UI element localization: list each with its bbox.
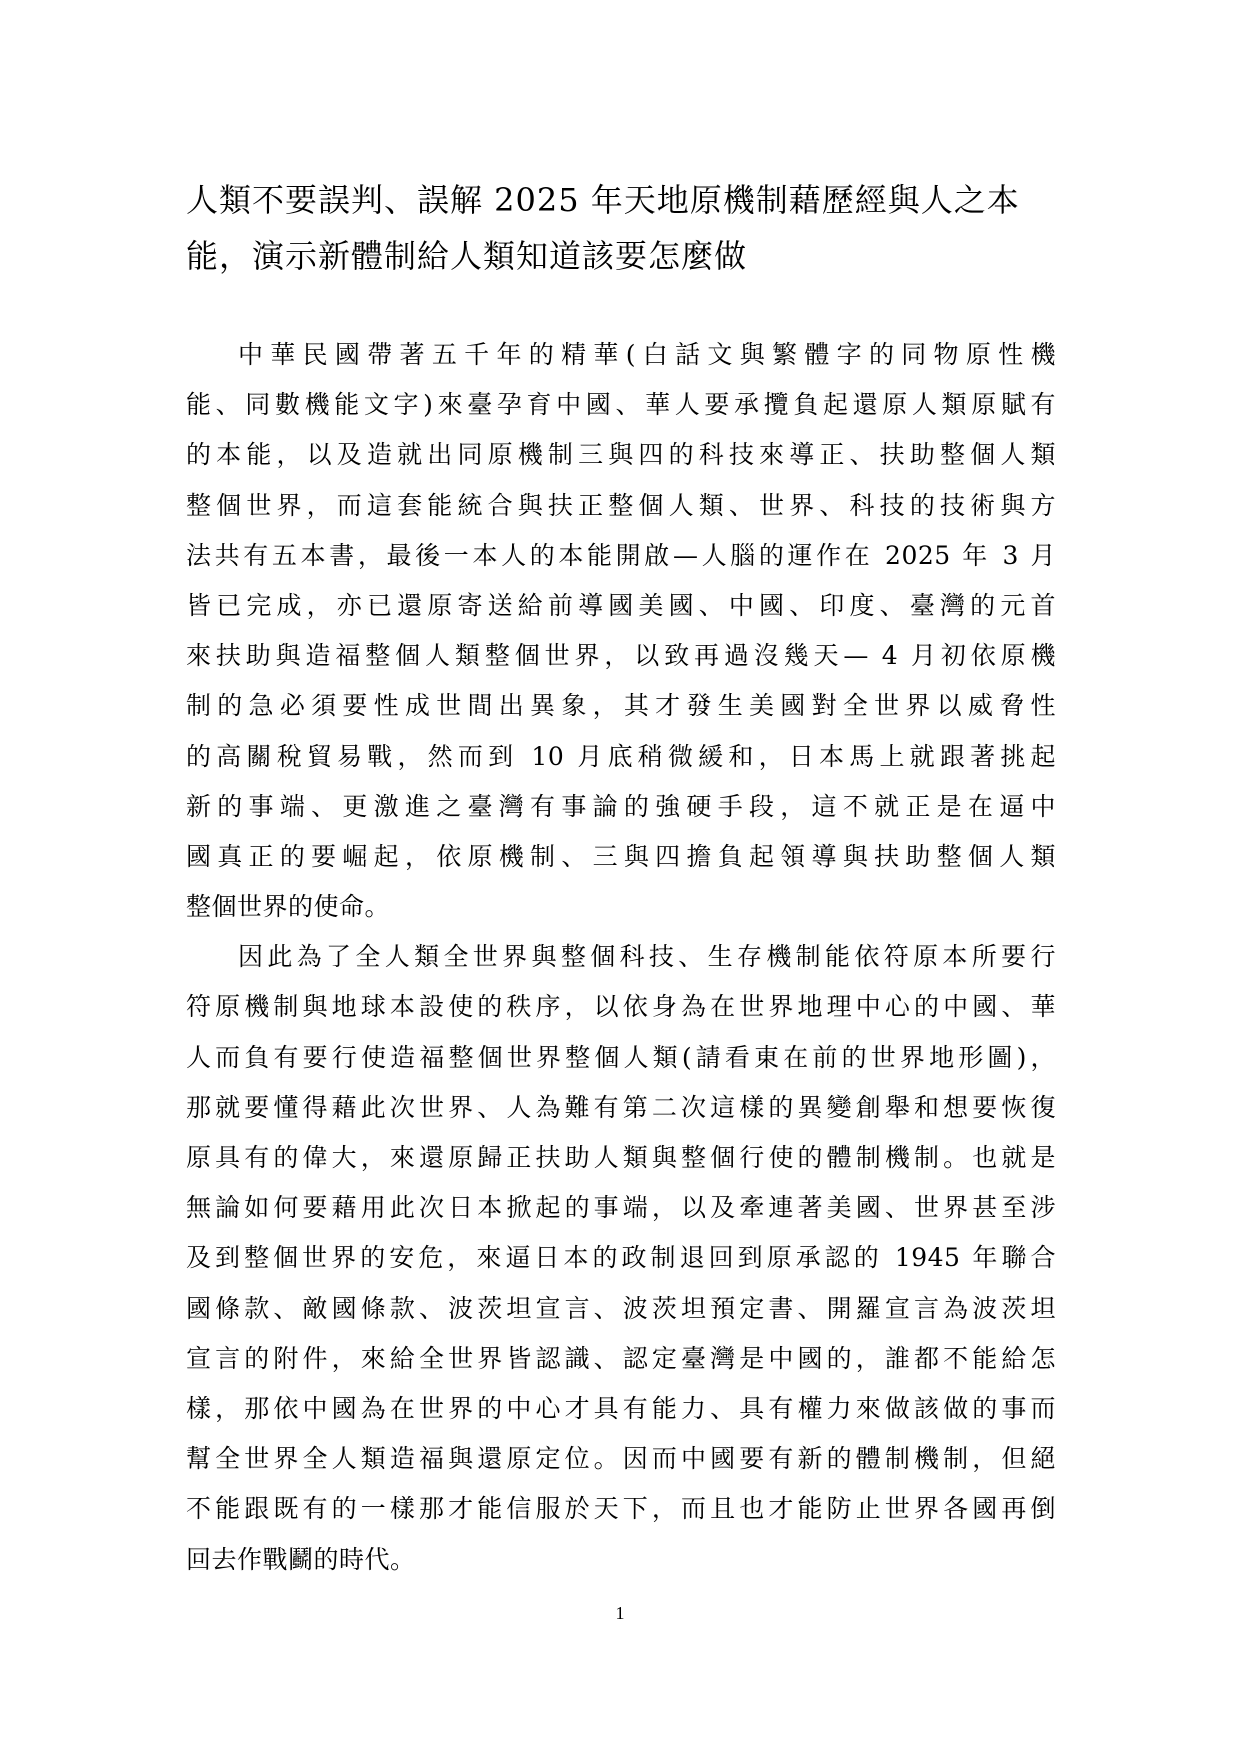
title-line: 人類不要誤判、誤解 2025 年天地原機制藉歷經與人之本 [186, 172, 1056, 228]
text-line: 法共有五本書，最後一本人的本能開啟—人腦的運作在 2025 年 3 月 [186, 531, 1056, 581]
text-line: 整個世界的使命。 [186, 882, 1056, 932]
text-line: 整個世界，而這套能統合與扶正整個人類、世界、科技的技術與方 [186, 481, 1056, 531]
text-line: 符原機制與地球本設使的秩序，以依身為在世界地理中心的中國、華 [186, 982, 1056, 1032]
text-line: 來扶助與造福整個人類整個世界，以致再過沒幾天— 4 月初依原機 [186, 631, 1056, 681]
text-line: 皆已完成，亦已還原寄送給前導國美國、中國、印度、臺灣的元首 [186, 581, 1056, 631]
text-line: 那就要懂得藉此次世界、人為難有第二次這樣的異變創舉和想要恢復 [186, 1083, 1056, 1133]
text-line: 不能跟既有的一樣那才能信服於天下，而且也才能防止世界各國再倒 [186, 1484, 1056, 1534]
text-line: 及到整個世界的安危，來逼日本的政制退回到原承認的 1945 年聯合 [186, 1233, 1056, 1283]
title-line: 能，演示新體制給人類知道該要怎麼做 [186, 228, 1056, 284]
paragraph-2: 因此為了全人類全世界與整個科技、生存機制能依符原本所要行 符原機制與地球本設使的… [186, 932, 1056, 1584]
text-line: 的高關稅貿易戰，然而到 10 月底稍微緩和，日本馬上就跟著挑起 [186, 732, 1056, 782]
text-line: 中華民國帶著五千年的精華(白話文與繁體字的同物原性機 [186, 330, 1056, 380]
paragraph-1: 中華民國帶著五千年的精華(白話文與繁體字的同物原性機 能、同數機能文字)來臺孕育… [186, 330, 1056, 932]
text-line: 能、同數機能文字)來臺孕育中國、華人要承攬負起還原人類原賦有 [186, 380, 1056, 430]
text-line: 國條款、敵國條款、波茨坦宣言、波茨坦預定書、開羅宣言為波茨坦 [186, 1284, 1056, 1334]
text-line: 新的事端、更激進之臺灣有事論的強硬手段，這不就正是在逼中 [186, 782, 1056, 832]
text-line: 人而負有要行使造福整個世界整個人類(請看東在前的世界地形圖)， [186, 1033, 1056, 1083]
text-line: 制的急必須要性成世間出異象，其才發生美國對全世界以威脅性 [186, 681, 1056, 731]
document-title: 人類不要誤判、誤解 2025 年天地原機制藉歷經與人之本 能，演示新體制給人類知… [186, 172, 1056, 284]
text-line: 原具有的偉大，來還原歸正扶助人類與整個行使的體制機制。也就是 [186, 1133, 1056, 1183]
text-line: 回去作戰鬬的時代。 [186, 1535, 1056, 1585]
text-line: 無論如何要藉用此次日本掀起的事端，以及牽連著美國、世界甚至涉 [186, 1183, 1056, 1233]
text-line: 幫全世界全人類造福與還原定位。因而中國要有新的體制機制，但絕 [186, 1434, 1056, 1484]
text-line: 國真正的要崛起，依原機制、三與四擔負起領導與扶助整個人類 [186, 832, 1056, 882]
page-number: 1 [0, 1603, 1240, 1624]
text-line: 宣言的附件，來給全世界皆認識、認定臺灣是中國的，誰都不能給怎 [186, 1334, 1056, 1384]
text-line: 樣，那依中國為在世界的中心才具有能力、具有權力來做該做的事而 [186, 1384, 1056, 1434]
text-line: 因此為了全人類全世界與整個科技、生存機制能依符原本所要行 [186, 932, 1056, 982]
document-body: 中華民國帶著五千年的精華(白話文與繁體字的同物原性機 能、同數機能文字)來臺孕育… [186, 330, 1056, 1585]
text-line: 的本能，以及造就出同原機制三與四的科技來導正、扶助整個人類 [186, 430, 1056, 480]
document-page: 人類不要誤判、誤解 2025 年天地原機制藉歷經與人之本 能，演示新體制給人類知… [0, 0, 1240, 1758]
